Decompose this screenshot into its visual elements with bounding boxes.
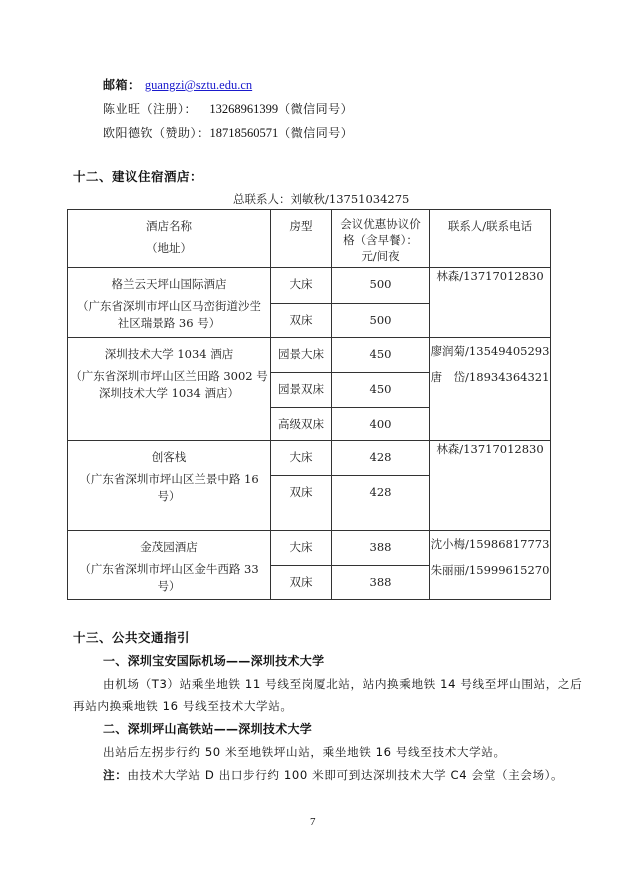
room-type: 大床 xyxy=(271,268,331,292)
header-name-label: 酒店名称 xyxy=(68,210,270,234)
room-type: 园景大床 xyxy=(271,338,331,362)
hotel-address-line2: 深圳技术大学 1034 酒店） xyxy=(68,385,270,402)
header-price: 会议优惠协议价 格（含早餐）： 元/间夜 xyxy=(332,210,430,268)
room-type-cell: 大床 xyxy=(271,268,332,304)
room-type-cell: 双床 xyxy=(271,566,332,600)
header-hotel-name: 酒店名称 （地址） xyxy=(68,210,271,268)
price-cell: 400 xyxy=(332,408,430,441)
room-type: 高级双床 xyxy=(271,408,331,432)
header-price-line2: 格（含早餐）： xyxy=(332,232,429,248)
general-contact: 总联系人：刘敏秋/13751034275 xyxy=(233,191,409,207)
hotels-section-title: 十二、建议住宿酒店： xyxy=(73,167,203,185)
price-cell: 500 xyxy=(332,304,430,338)
page-number: 7 xyxy=(310,816,316,828)
sponsor-phone: 18718560571 xyxy=(210,126,279,140)
price-cell: 428 xyxy=(332,441,430,476)
room-price: 388 xyxy=(332,566,429,590)
hotel-address-line2: 号） xyxy=(68,578,270,595)
hotels-table: 酒店名称 （地址） 房型 会议优惠协议价 格（含早餐）： 元/间夜 联系人/联系… xyxy=(67,209,551,600)
room-type: 双床 xyxy=(271,476,331,500)
hotel-name: 格兰云天坪山国际酒店 xyxy=(68,268,270,292)
header-room-type: 房型 xyxy=(271,210,332,268)
note-label: 注： xyxy=(103,768,127,782)
contact-person: 林森/13717012830 xyxy=(430,441,550,457)
table-row: 格兰云天坪山国际酒店 （广东省深圳市坪山区马峦街道沙坣 社区瑞景路 36 号） … xyxy=(68,268,551,304)
room-type: 大床 xyxy=(271,531,331,555)
room-type-cell: 双床 xyxy=(271,304,332,338)
route2-text: 出站后左拐步行约 50 米至地铁坪山站，乘坐地铁 16 号线至技术大学站。 xyxy=(103,744,506,760)
transport-section-title: 十三、公共交通指引 xyxy=(73,628,190,646)
room-type-cell: 园景大床 xyxy=(271,338,332,373)
hotel-address-line1: （广东省深圳市坪山区马峦街道沙坣 xyxy=(68,292,270,315)
contact-person: 唐 岱/18934364321 xyxy=(430,364,550,390)
route1-text-line1: 由机场（T3）站乘坐地铁 11 号线至岗厦北站，站内换乘地铁 14 号线至坪山围… xyxy=(103,676,582,692)
contact-cell: 林森/13717012830 xyxy=(430,441,551,531)
contact-cell: 廖润菊/13549405293 唐 岱/18934364321 xyxy=(430,338,551,441)
header-contact-label: 联系人/联系电话 xyxy=(430,210,550,234)
registration-wechat-note: （微信同号） xyxy=(278,102,353,116)
registration-label: 陈业旺（注册）： xyxy=(103,102,197,116)
header-price-line3: 元/间夜 xyxy=(332,248,429,264)
note-line: 注：由技术大学站 D 出口步行约 100 米即可到达深圳技术大学 C4 会堂（主… xyxy=(103,767,563,783)
room-type-cell: 大床 xyxy=(271,531,332,566)
email-link[interactable]: guangzi@sztu.edu.cn xyxy=(145,78,252,92)
room-type-cell: 双床 xyxy=(271,476,332,531)
hotel-name: 深圳技术大学 1034 酒店 xyxy=(68,338,270,362)
room-price: 450 xyxy=(332,338,429,362)
email-line: 邮箱： guangzi@sztu.edu.cn xyxy=(103,76,252,93)
sponsor-contact-line: 欧阳德钦（赞助）：18718560571（微信同号） xyxy=(103,124,353,141)
registration-contact-line: 陈业旺（注册）： 13268961399（微信同号） xyxy=(103,100,353,117)
hotel-address-line1: （广东省深圳市坪山区金牛西路 33 xyxy=(68,555,270,578)
table-row: 创客栈 （广东省深圳市坪山区兰景中路 16 号） 大床 428 林森/13717… xyxy=(68,441,551,476)
route1-title: 一、深圳宝安国际机场——深圳技术大学 xyxy=(103,652,324,669)
email-label: 邮箱： xyxy=(103,78,141,92)
room-type: 大床 xyxy=(271,441,331,465)
contact-person: 沈小梅/15986817773 xyxy=(430,531,550,557)
price-cell: 428 xyxy=(332,476,430,531)
room-price: 388 xyxy=(332,531,429,555)
room-price: 428 xyxy=(332,476,429,500)
room-price: 450 xyxy=(332,373,429,397)
contact-person: 林森/13717012830 xyxy=(430,268,550,284)
hotel-address-line1: （广东省深圳市坪山区兰田路 3002 号 xyxy=(68,362,270,385)
room-type: 双床 xyxy=(271,304,331,328)
registration-phone: 13268961399 xyxy=(209,102,278,116)
sponsor-label: 欧阳德钦（赞助）： xyxy=(103,126,210,140)
hotel-name-cell: 创客栈 （广东省深圳市坪山区兰景中路 16 号） xyxy=(68,441,271,531)
price-cell: 388 xyxy=(332,531,430,566)
header-price-line1: 会议优惠协议价 xyxy=(332,216,429,232)
table-row: 金茂园酒店 （广东省深圳市坪山区金牛西路 33 号） 大床 388 沈小梅/15… xyxy=(68,531,551,566)
contact-person: 廖润菊/13549405293 xyxy=(430,338,550,364)
hotel-name-cell: 深圳技术大学 1034 酒店 （广东省深圳市坪山区兰田路 3002 号 深圳技术… xyxy=(68,338,271,441)
contact-cell: 林森/13717012830 xyxy=(430,268,551,338)
room-type: 双床 xyxy=(271,566,331,590)
sponsor-wechat-note: （微信同号） xyxy=(278,126,353,140)
room-price: 400 xyxy=(332,408,429,432)
price-cell: 450 xyxy=(332,373,430,408)
hotel-address-line2: 社区瑞景路 36 号） xyxy=(68,315,270,332)
hotel-address-line2: 号） xyxy=(68,488,270,505)
room-type-cell: 大床 xyxy=(271,441,332,476)
route1-text-line2: 再站内换乘地铁 16 号线至技术大学站。 xyxy=(73,698,293,714)
room-type-cell: 高级双床 xyxy=(271,408,332,441)
hotel-name: 金茂园酒店 xyxy=(68,531,270,555)
table-header-row: 酒店名称 （地址） 房型 会议优惠协议价 格（含早餐）： 元/间夜 联系人/联系… xyxy=(68,210,551,268)
table-row: 深圳技术大学 1034 酒店 （广东省深圳市坪山区兰田路 3002 号 深圳技术… xyxy=(68,338,551,373)
price-cell: 450 xyxy=(332,338,430,373)
room-price: 500 xyxy=(332,304,429,328)
header-contact: 联系人/联系电话 xyxy=(430,210,551,268)
hotel-name-cell: 金茂园酒店 （广东省深圳市坪山区金牛西路 33 号） xyxy=(68,531,271,600)
header-room-type-label: 房型 xyxy=(271,210,331,234)
room-price: 428 xyxy=(332,441,429,465)
price-cell: 500 xyxy=(332,268,430,304)
room-type: 园景双床 xyxy=(271,373,331,397)
contact-cell: 沈小梅/15986817773 朱丽丽/15999615270 xyxy=(430,531,551,600)
hotel-name-cell: 格兰云天坪山国际酒店 （广东省深圳市坪山区马峦街道沙坣 社区瑞景路 36 号） xyxy=(68,268,271,338)
route2-title: 二、深圳坪山高铁站——深圳技术大学 xyxy=(103,720,312,737)
hotel-address-line1: （广东省深圳市坪山区兰景中路 16 xyxy=(68,465,270,488)
room-price: 500 xyxy=(332,268,429,292)
contact-person: 朱丽丽/15999615270 xyxy=(430,557,550,583)
note-text: 由技术大学站 D 出口步行约 100 米即可到达深圳技术大学 C4 会堂（主会场… xyxy=(127,768,563,782)
room-type-cell: 园景双床 xyxy=(271,373,332,408)
header-address-label: （地址） xyxy=(68,234,270,257)
hotel-name: 创客栈 xyxy=(68,441,270,465)
price-cell: 388 xyxy=(332,566,430,600)
